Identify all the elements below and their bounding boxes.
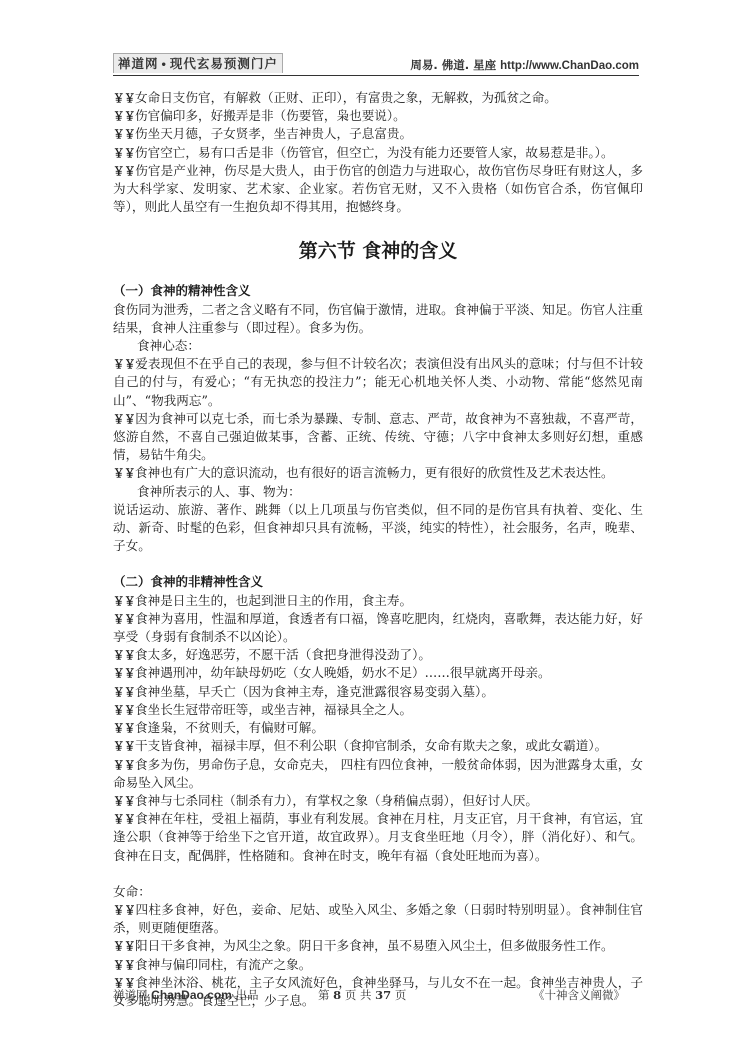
list-item: ￥￥伤官空亡，易有口舌是非（伤管官，但空亡，为没有能力还要管人家，故易惹是非。）…: [113, 144, 643, 162]
list-item: ￥￥食多为伤，男命伤子息，女命克夫， 四柱有四位食神，一般贫命体弱，因为泄露身太…: [113, 756, 643, 792]
page-current: 8: [333, 988, 341, 1002]
item-text: 食逢枭，不贫则夭，有偏财可解。: [135, 720, 324, 735]
mindset-label: 食神心态：: [113, 337, 643, 355]
item-text: 食神是日主生的，也起到泄日主的作用，食主寿。: [135, 593, 412, 608]
list-item: ￥￥食神遇刑冲，幼年缺母奶吃（女人晚婚，奶水不足）……很早就离开母亲。: [113, 664, 643, 682]
list-item: ￥￥食神为喜用，性温和厚道，食透者有口福，馋喜吃肥肉，红烧肉，喜歌舞，表达能力好…: [113, 610, 643, 646]
item-text: 爱表现但不在乎自己的表现，参与但不计较名次；表演但没有出风头的意味；付与但不计较…: [113, 356, 643, 407]
item-text: 食神遇刑冲，幼年缺母奶吃（女人晚婚，奶水不足）……很早就离开母亲。: [135, 665, 551, 680]
bullet-icon: ￥￥: [113, 594, 135, 608]
represents-text: 说话运动、旅游、著作、跳舞（以上几项虽与伤官类似，但不同的是伤官具有执着、变化、…: [113, 501, 643, 556]
list-item: ￥￥食太多，好逸恶劳，不愿干活（食把身泄得没劲了）。: [113, 646, 643, 664]
bullet-icon: ￥￥: [113, 903, 136, 917]
bullet-icon: ￥￥: [113, 794, 135, 808]
bullet-icon: ￥￥: [113, 703, 135, 717]
item-text: 食太多，好逸恶劳，不愿干活（食把身泄得没劲了）。: [135, 647, 431, 662]
list-item: ￥￥食神与偏印同柱，有流产之象。: [113, 956, 643, 974]
item-text: 食神与偏印同柱，有流产之象。: [135, 957, 311, 972]
list-item: ￥￥食神在年柱，受祖上福荫，事业有利发展。食神在月柱，月支正官，月干食神，有官运…: [113, 810, 643, 865]
bullet-icon: ￥￥: [113, 758, 135, 772]
footer-site-cn: 禅道网: [113, 988, 148, 1002]
bullet-icon: ￥￥: [113, 939, 135, 953]
bullet-icon: ￥￥: [113, 685, 135, 699]
brand-box: 禅道网•现代玄易预测门户: [113, 53, 283, 73]
item-text: 食神也有广大的意识流动，也有很好的语言流畅力，更有很好的欣赏性及艺术表达性。: [135, 465, 614, 480]
list-item: ￥￥食神也有广大的意识流动，也有很好的语言流畅力，更有很好的欣赏性及艺术表达性。: [113, 464, 643, 482]
bullet-icon: ￥￥: [113, 612, 135, 626]
list-item: ￥￥食逢枭，不贫则夭，有偏财可解。: [113, 719, 643, 737]
footer-produced: 出品: [236, 988, 259, 1002]
part2-list: ￥￥食神是日主生的，也起到泄日主的作用，食主寿。￥￥食神为喜用，性温和厚道，食透…: [113, 592, 643, 865]
list-item: ￥￥阳日干多食神，为风尘之象。阴日干多食神，虽不易堕入风尘土，但多做服务性工作。: [113, 937, 643, 955]
footer-publisher: 禅道网 ChanDao.com 出品: [113, 987, 259, 1003]
item-text: 食多为伤，男命伤子息，女命克夫， 四柱有四位食神，一般贫命体弱，因为泄露身太重，…: [113, 757, 643, 790]
bullet-icon: ￥￥: [113, 812, 135, 826]
list-item: ￥￥伤官偏印多，好搬弄是非（伤要管，枭也要说）。: [113, 107, 643, 125]
item-text: 食神为喜用，性温和厚道，食透者有口福，馋喜吃肥肉，红烧肉，喜歌舞，表达能力好，好…: [113, 611, 643, 644]
list-item: ￥￥食神坐墓，早夭亡（因为食神主寿，逢克泄露很容易变弱入墓）。: [113, 683, 643, 701]
part1-intro: 食伤同为泄秀，二者之含义略有不同，伤官偏于激情，进取。食神偏于平淡、知足。伤官人…: [113, 301, 643, 337]
list-item: ￥￥女命日支伤官，有解救（正财、正印），有富贵之象，无解救，为孤贫之命。: [113, 89, 643, 107]
item-text: 女命日支伤官，有解救（正财、正印），有富贵之象，无解救，为孤贫之命。: [135, 90, 557, 105]
item-text: 伤坐天月德，子女贤孝，坐吉神贵人，子息富贵。: [135, 126, 412, 141]
header-tagline: 周易. 佛道. 星座 http://www.ChanDao.com: [410, 57, 639, 73]
list-item: ￥￥伤坐天月德，子女贤孝，坐吉神贵人，子息富贵。: [113, 125, 643, 143]
tagline-text: 周易. 佛道. 星座: [410, 58, 496, 72]
item-text: 伤官空亡，易有口舌是非（伤管官，但空亡，为没有能力还要管人家，故易惹是非。）。: [135, 145, 614, 160]
page-number: 第 8 页 共 37 页: [318, 987, 406, 1003]
bullet-icon: ￥￥: [113, 109, 135, 123]
page-suffix: 页: [395, 988, 407, 1002]
item-text: 干支皆食神，福禄丰厚，但不利公职（食抑官制杀，女命有欺夫之象，或此女霸道）。: [135, 738, 607, 753]
page-prefix: 第: [318, 988, 330, 1002]
bullet-icon: ￥￥: [113, 127, 135, 141]
represents-label: 食神所表示的人、事、物为：: [113, 483, 643, 501]
separator-dot-icon: •: [161, 60, 168, 71]
part2-heading: （二）食神的非精神性含义: [113, 573, 643, 591]
intro-list: ￥￥女命日支伤官，有解救（正财、正印），有富贵之象，无解救，为孤贫之命。￥￥伤官…: [113, 89, 643, 216]
mindset-list: ￥￥爱表现但不在乎自己的表现，参与但不计较名次；表演但没有出风头的意味；付与但不…: [113, 355, 643, 482]
list-item: ￥￥干支皆食神，福禄丰厚，但不利公职（食抑官制杀，女命有欺夫之象，或此女霸道）。: [113, 737, 643, 755]
page-header: 禅道网•现代玄易预测门户 周易. 佛道. 星座 http://www.ChanD…: [113, 53, 639, 76]
list-item: ￥￥食坐长生冠带帝旺等，或坐吉神，福禄具全之人。: [113, 701, 643, 719]
bullet-icon: ￥￥: [113, 958, 135, 972]
item-text: 食神在年柱，受祖上福荫，事业有利发展。食神在月柱，月支正官，月干食神，有官运，宜…: [113, 811, 643, 862]
footer-site-en: ChanDao.com: [151, 988, 232, 1002]
list-item: ￥￥爱表现但不在乎自己的表现，参与但不计较名次；表演但没有出风头的意味；付与但不…: [113, 355, 643, 410]
page-total: 37: [375, 988, 391, 1002]
bullet-icon: ￥￥: [113, 721, 135, 735]
female-label: 女命：: [113, 883, 643, 901]
item-text: 食坐长生冠带帝旺等，或坐吉神，福禄具全之人。: [135, 702, 412, 717]
list-item: ￥￥食神与七杀同柱（制杀有力），有掌权之象（身稍偏点弱），但好讨人厌。: [113, 792, 643, 810]
brand-name: 禅道网: [118, 56, 159, 71]
part1-heading: （一）食神的精神性含义: [113, 282, 643, 300]
item-text: 因为食神可以克七杀，而七杀为暴躁、专制、意志、严苛，故食神为不喜独裁，不喜严苛，…: [113, 411, 643, 462]
bullet-icon: ￥￥: [113, 648, 135, 662]
bullet-icon: ￥￥: [113, 146, 135, 160]
document-body: ￥￥女命日支伤官，有解救（正财、正印），有富贵之象，无解救，为孤贫之命。￥￥伤官…: [113, 89, 643, 1010]
bullet-icon: ￥￥: [113, 357, 135, 371]
bullet-icon: ￥￥: [113, 666, 135, 680]
item-text: 食神与七杀同柱（制杀有力），有掌权之象（身稍偏点弱），但好讨人厌。: [135, 793, 538, 808]
bullet-icon: ￥￥: [113, 412, 135, 426]
book-title: 《十神含义阐微》: [533, 987, 625, 1003]
brand-slogan: 现代玄易预测门户: [170, 56, 278, 71]
item-text: 伤官是产业神，伤尽是大贵人，由于伤官的创造力与进取心，故伤官伤尽身旺有财这人，多…: [113, 163, 643, 214]
item-text: 食神坐墓，早夭亡（因为食神主寿，逢克泄露很容易变弱入墓）。: [135, 684, 494, 699]
list-item: ￥￥食神是日主生的，也起到泄日主的作用，食主寿。: [113, 592, 643, 610]
page-mid: 页 共: [345, 988, 372, 1002]
bullet-icon: ￥￥: [113, 164, 135, 178]
item-text: 伤官偏印多，好搬弄是非（伤要管，枭也要说）。: [135, 108, 406, 123]
list-item: ￥￥伤官是产业神，伤尽是大贵人，由于伤官的创造力与进取心，故伤官伤尽身旺有财这人…: [113, 162, 643, 217]
list-item: ￥￥因为食神可以克七杀，而七杀为暴躁、专制、意志、严苛，故食神为不喜独裁，不喜严…: [113, 410, 643, 465]
site-url[interactable]: http://www.ChanDao.com: [500, 60, 639, 72]
bullet-icon: ￥￥: [113, 91, 135, 105]
item-text: 四柱多食神，好色，妾命、尼姑、或坠入风尘、多婚之象（日弱时特别明显）。食神制住官…: [113, 902, 643, 935]
section-title: 第六节 食神的含义: [113, 239, 643, 263]
item-text: 阳日干多食神，为风尘之象。阴日干多食神，虽不易堕入风尘土，但多做服务性工作。: [135, 938, 614, 953]
list-item: ￥￥四柱多食神，好色，妾命、尼姑、或坠入风尘、多婚之象（日弱时特别明显）。食神制…: [113, 901, 643, 937]
bullet-icon: ￥￥: [113, 466, 135, 480]
bullet-icon: ￥￥: [113, 739, 135, 753]
